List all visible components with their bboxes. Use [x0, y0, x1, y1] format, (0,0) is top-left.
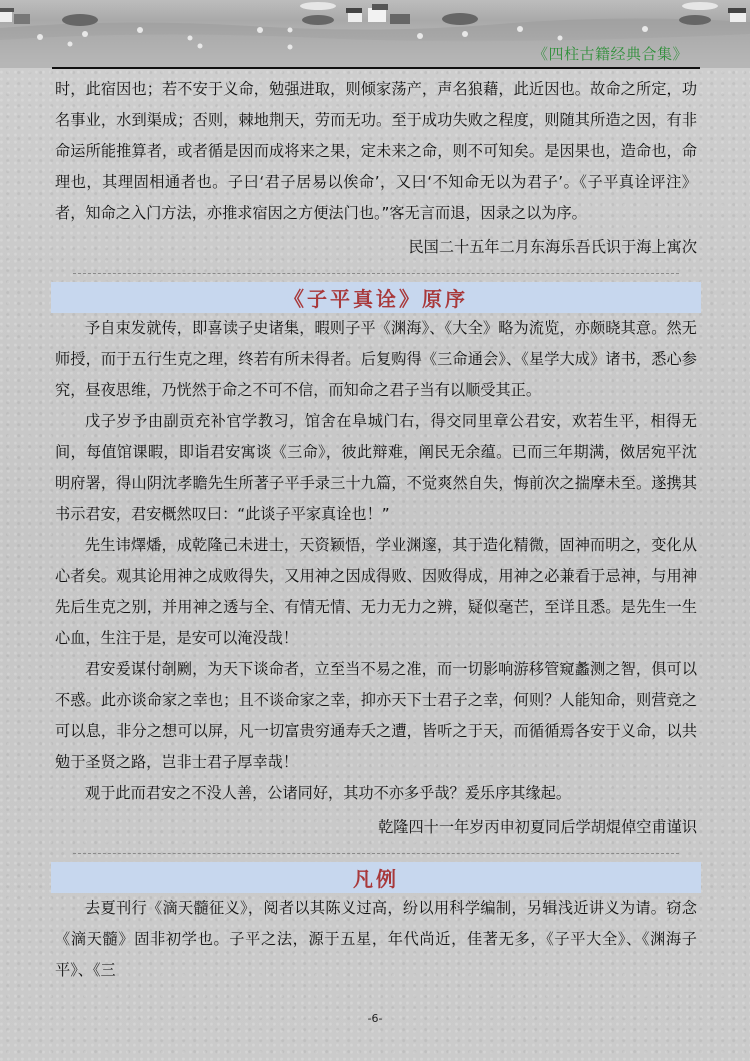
preface-signature: 民国二十五年二月东海乐吾氏识于海上寓次 — [55, 232, 697, 263]
section-divider — [73, 273, 679, 274]
section-heading-conventions: 凡例 — [51, 862, 701, 893]
original-preface-signature: 乾隆四十一年岁丙申初夏同后学胡焜倬空甫谨识 — [55, 812, 697, 843]
page-number: -6- — [0, 1012, 750, 1025]
collection-title: 《四柱古籍经典合集》 — [533, 43, 688, 64]
section-heading-original-preface: 《子平真诠》原序 — [51, 282, 701, 313]
body-paragraph: 先生讳燡燔，成乾隆己未进士，天资颖悟，学业渊邃，其于造化精微，固神而明之，变化从… — [55, 530, 697, 654]
body-paragraph: 观于此而君安之不没人善，公诸同好，其功不亦多乎哉？爰乐序其缘起。 — [55, 778, 697, 809]
page-body: 时，此宿因也；若不安于义命，勉强进取，则倾家荡产，声名狼藉，此近因也。故命之所定… — [55, 74, 697, 986]
header-divider — [52, 67, 700, 69]
section-title: 《子平真诠》原序 — [284, 283, 468, 312]
preface-continuation-paragraph: 时，此宿因也；若不安于义命，勉强进取，则倾家荡产，声名狼藉，此近因也。故命之所定… — [55, 74, 697, 229]
body-paragraph: 予自束发就传，即喜读子史诸集，暇则子平《渊海》、《大全》略为流览，亦颇晓其意。然… — [55, 313, 697, 406]
body-paragraph: 戊子岁予由副贡充补官学教习，馆舍在阜城门右，得交同里章公君安，欢若生平，相得无间… — [55, 406, 697, 530]
body-paragraph: 去夏刊行《滴天髓征义》，阅者以其陈义过高，纷以用科学编制，另辑浅近讲义为请。窃念… — [55, 893, 697, 986]
page-header-banner: 《四柱古籍经典合集》 — [0, 0, 750, 68]
body-paragraph: 君安爰谋付剞劂，为天下谈命者，立至当不易之准，而一切影响游移管窥蠡测之智，俱可以… — [55, 654, 697, 778]
section-title: 凡例 — [353, 863, 399, 892]
section-divider — [73, 853, 679, 854]
